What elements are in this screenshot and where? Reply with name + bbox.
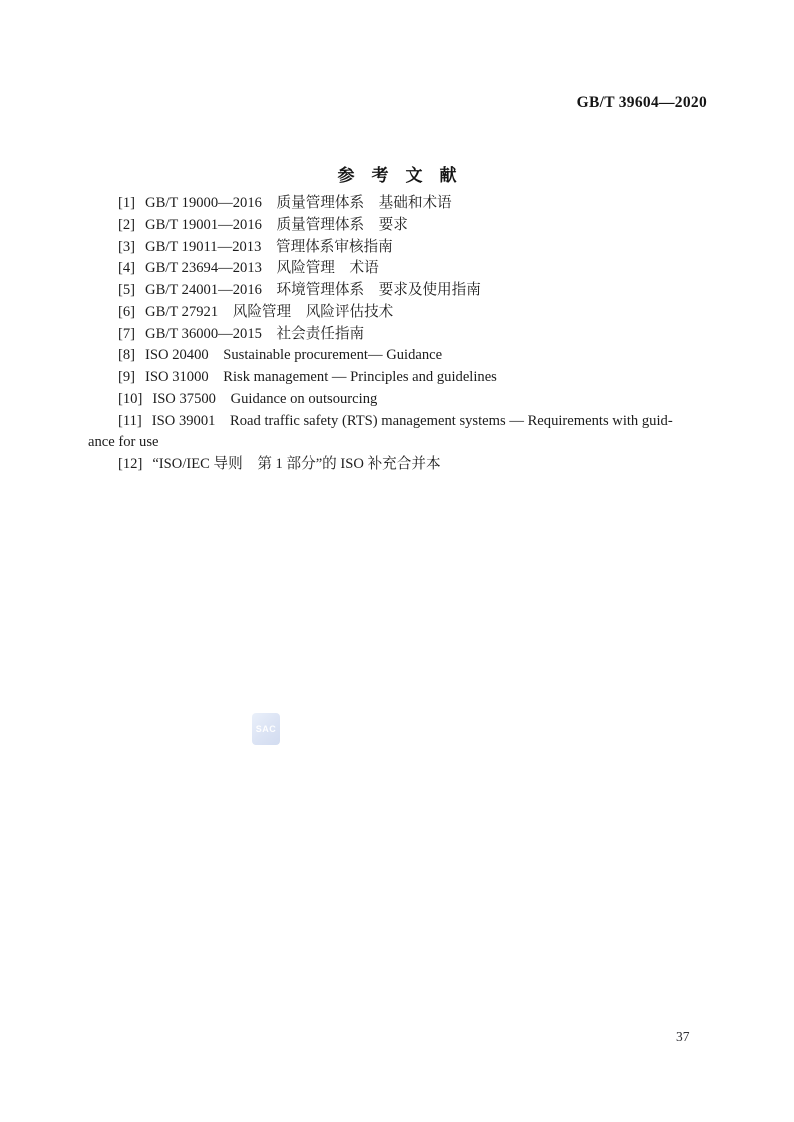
reference-item: ance for use xyxy=(88,432,714,454)
reference-label: [11] xyxy=(118,413,142,429)
reference-text: ISO 37500 Guidance on outsourcing xyxy=(152,391,377,407)
reference-text: ISO 20400 Sustainable procurement— Guida… xyxy=(145,347,442,363)
reference-item: [7]GB/T 36000—2015 社会责任指南 xyxy=(88,324,714,346)
document-page: GB/T 39604—2020 参 考 文 献 [1]GB/T 19000—20… xyxy=(0,0,794,1122)
reference-text: “ISO/IEC 导则 第 1 部分”的 ISO 补充合并本 xyxy=(152,456,440,472)
reference-item: [11]ISO 39001 Road traffic safety (RTS) … xyxy=(88,411,714,433)
page-title: 参 考 文 献 xyxy=(0,161,794,186)
sac-watermark-logo: SAC xyxy=(252,713,280,745)
reference-item: [10]ISO 37500 Guidance on outsourcing xyxy=(88,389,714,411)
standard-number: GB/T 39604—2020 xyxy=(577,94,707,112)
reference-label: [9] xyxy=(118,369,135,385)
reference-label: [12] xyxy=(118,456,142,472)
reference-text: GB/T 24001—2016 环境管理体系 要求及使用指南 xyxy=(145,282,481,298)
reference-item: [12]“ISO/IEC 导则 第 1 部分”的 ISO 补充合并本 xyxy=(88,454,714,476)
reference-label: [1] xyxy=(118,195,135,211)
reference-item: [6]GB/T 27921 风险管理 风险评估技术 xyxy=(88,302,714,324)
reference-label: [7] xyxy=(118,326,135,342)
page-number: 37 xyxy=(676,1029,690,1045)
reference-item: [4]GB/T 23694—2013 风险管理 术语 xyxy=(88,258,714,280)
reference-text: GB/T 23694—2013 风险管理 术语 xyxy=(145,260,379,276)
reference-text: GB/T 19011—2013 管理体系审核指南 xyxy=(145,239,393,255)
reference-label: [4] xyxy=(118,260,135,276)
reference-item: [9]ISO 31000 Risk management — Principle… xyxy=(88,367,714,389)
reference-text: ISO 39001 Road traffic safety (RTS) mana… xyxy=(152,413,673,429)
reference-text: GB/T 19001—2016 质量管理体系 要求 xyxy=(145,217,408,233)
reference-text: ISO 31000 Risk management — Principles a… xyxy=(145,369,497,385)
reference-label: [2] xyxy=(118,217,135,233)
reference-label: [3] xyxy=(118,239,135,255)
reference-label: [10] xyxy=(118,391,142,407)
reference-item: [5]GB/T 24001—2016 环境管理体系 要求及使用指南 xyxy=(88,280,714,302)
reference-label: [5] xyxy=(118,282,135,298)
reference-item: [8]ISO 20400 Sustainable procurement— Gu… xyxy=(88,345,714,367)
reference-label: [6] xyxy=(118,304,135,320)
reference-item: [1]GB/T 19000—2016 质量管理体系 基础和术语 xyxy=(88,193,714,215)
reference-label: [8] xyxy=(118,347,135,363)
reference-text: GB/T 19000—2016 质量管理体系 基础和术语 xyxy=(145,195,452,211)
reference-text: GB/T 27921 风险管理 风险评估技术 xyxy=(145,304,393,320)
reference-list: [1]GB/T 19000—2016 质量管理体系 基础和术语 [2]GB/T … xyxy=(88,193,714,476)
reference-text: GB/T 36000—2015 社会责任指南 xyxy=(145,326,364,342)
reference-item: [2]GB/T 19001—2016 质量管理体系 要求 xyxy=(88,215,714,237)
reference-text: ance for use xyxy=(88,434,159,450)
reference-item: [3]GB/T 19011—2013 管理体系审核指南 xyxy=(88,237,714,259)
sac-watermark-text: SAC xyxy=(256,724,277,734)
